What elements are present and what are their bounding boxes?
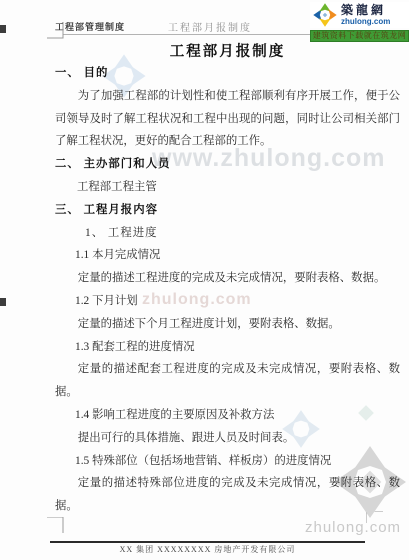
crop-mark-top-left — [47, 22, 64, 39]
footer-rule — [50, 541, 365, 543]
document-body: 工程部月报制度 一、 目的 为了加强工程部的计划性和使工程部顺利有序开展工作，便… — [55, 42, 400, 518]
item-label-1-3: 1.3 配套工程的进度情况 — [55, 336, 400, 359]
footer-company-line: XX 集团 XXXXXXXX 房地产开发有限公司 — [55, 544, 360, 555]
header-doc-name: 工程部月报制度 — [168, 19, 252, 34]
section-paragraph-department: 工程部工程主管 — [55, 176, 400, 199]
document-page: 工程部管理制度 工程部月报制度 築龍網 zhulong.com 建筑资料下载就在… — [0, 0, 409, 560]
item-desc-1-4: 提出可行的具体措施、跟进人员及时间表。 — [55, 427, 400, 450]
item-desc-1-5: 定量的描述特殊部位进度的完成及未完成情况，要附表格、数据。 — [55, 472, 400, 518]
scan-edge-mark — [0, 25, 6, 33]
item-label-1-5: 1.5 特殊部位（包括场地营销、样板房）的进度情况 — [55, 450, 400, 473]
page-title: 工程部月报制度 — [55, 42, 400, 62]
section-paragraph-purpose: 为了加强工程部的计划性和使工程部顺利有序开展工作，便于公司领导及时了解工程状况和… — [55, 85, 400, 153]
scan-edge-mark — [0, 298, 6, 306]
item-desc-1-1: 定量的描述工程进度的完成及未完成情况，要附表格、数据。 — [55, 267, 400, 290]
section-heading-report-content: 三、 工程月报内容 — [55, 199, 400, 222]
logo-slogan-banner: 建筑资料下载就在筑龙网 — [310, 30, 409, 42]
item-label-1-4: 1.4 影响工程进度的主要原因及补救方法 — [55, 404, 400, 427]
logo-site-name: 築龍網 — [341, 4, 390, 16]
subsection-heading-progress: 1、 工程进度 — [55, 222, 400, 245]
zhulong-logo-block[interactable]: 築龍網 zhulong.com 建筑资料下载就在筑龙网 — [310, 2, 409, 42]
crop-mark-bottom-left — [47, 517, 64, 534]
item-desc-1-2: 定量的描述下个月工程进度计划，要附表格、数据。 — [55, 313, 400, 336]
item-label-1-1: 1.1 本月完成情况 — [55, 244, 400, 267]
logo-site-domain: zhulong.com — [341, 18, 390, 26]
header-rule — [63, 34, 310, 35]
zhulong-pinwheel-icon — [312, 2, 338, 28]
watermark-domain-text-bottom: zhulong.com — [305, 519, 401, 536]
section-heading-department: 二、 主办部门和人员 — [55, 153, 400, 176]
item-desc-1-3: 定量的描述配套工程进度的完成及未完成情况，要附表格、数据。 — [55, 358, 400, 404]
section-heading-purpose: 一、 目的 — [55, 62, 400, 85]
item-label-1-2: 1.2 下月计划 — [55, 290, 400, 313]
header-doc-category: 工程部管理制度 — [55, 20, 125, 33]
